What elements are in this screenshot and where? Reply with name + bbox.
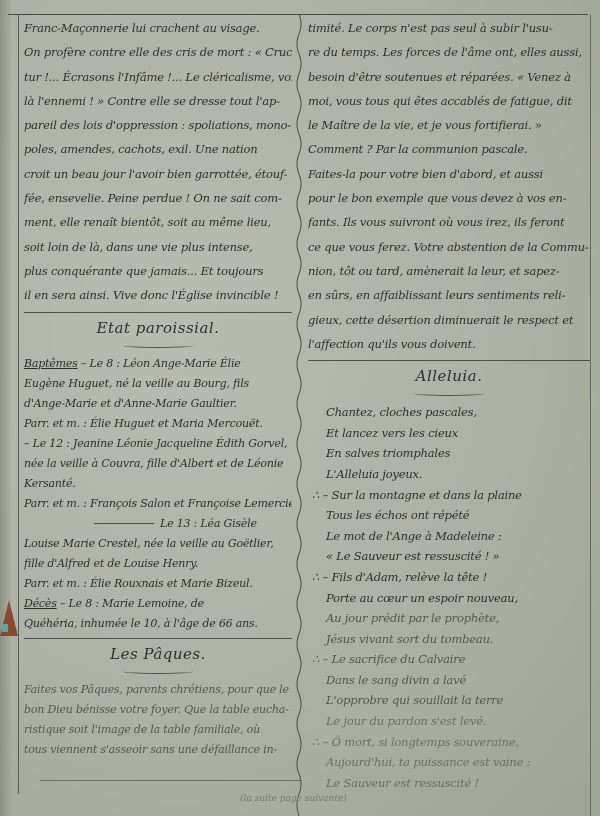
les-paques-heading: Les Pâques. bbox=[24, 639, 292, 669]
alleluia-heading: Alleluia. bbox=[308, 361, 590, 391]
heading-flourish bbox=[414, 391, 484, 396]
right-margin-line bbox=[590, 14, 591, 816]
register-line: Parr. et m. : François Salon et François… bbox=[24, 494, 292, 514]
register-line: Le 13 : Léa Gisèle bbox=[24, 514, 292, 534]
heading-flourish bbox=[123, 669, 193, 674]
left-intro-text: Franc-Maçonnerie lui crachent au visage.… bbox=[24, 16, 292, 308]
etat-paroissial-heading: Etat paroissial. bbox=[24, 313, 292, 343]
text-line: On profère contre elle des cris de mort … bbox=[24, 40, 292, 64]
text-line: plus conquérante que jamais... Et toujou… bbox=[24, 259, 292, 283]
left-margin-line bbox=[18, 14, 19, 794]
right-intro-text: timité. Le corps n'est pas seul à subir … bbox=[308, 16, 590, 356]
heading-flourish bbox=[123, 343, 193, 348]
poem-line: L'Alleluia joyeux. bbox=[308, 464, 590, 485]
register-text: – Le 8 : Léon Ange-Marie Élie bbox=[78, 357, 241, 370]
register-line: Louise Marie Crestel, née la veille au G… bbox=[24, 534, 292, 554]
text-line: Faites-la pour votre bien d'abord, et au… bbox=[308, 162, 590, 186]
text-line: gieux, cette désertion diminuerait le re… bbox=[308, 308, 590, 332]
text-line: l'affection qu'ils vous doivent. bbox=[308, 332, 590, 356]
footer-note: (la suite page suivante) bbox=[240, 794, 440, 804]
poem-line: Le Sauveur est ressuscité ! bbox=[308, 773, 590, 794]
text-line: timité. Le corps n'est pas seul à subir … bbox=[308, 16, 590, 40]
text-line: le Maître de la vie, et je vous fortifie… bbox=[308, 113, 590, 137]
poem-line: ∴ – Ô mort, si longtemps souveraine, bbox=[308, 732, 590, 753]
dash-leader bbox=[94, 523, 154, 524]
text-line: ment, elle renaît bientôt, soit au même … bbox=[24, 210, 292, 234]
poem-line: Le mot de l'Ange à Madeleine : bbox=[308, 526, 590, 547]
register-line: Quéhéria, inhumée le 10, à l'âge de 66 a… bbox=[24, 614, 292, 634]
poem-line: Le jour du pardon s'est levé. bbox=[308, 711, 590, 732]
poem-line: L'opprobre qui souillait la terre bbox=[308, 690, 590, 711]
poem-line: En salves triomphales bbox=[308, 443, 590, 464]
parish-register: Baptêmes – Le 8 : Léon Ange-Marie Élie E… bbox=[24, 354, 292, 634]
text-line: moi, vous tous qui êtes accablés de fati… bbox=[308, 89, 590, 113]
right-column: timité. Le corps n'est pas seul à subir … bbox=[308, 16, 590, 793]
column-divider-wavy bbox=[292, 14, 306, 816]
text-line: nion, tôt ou tard, amènerait la leur, et… bbox=[308, 259, 590, 283]
box-bottom-rule bbox=[40, 780, 302, 781]
register-line: Eugène Huguet, né la veille au Bourg, fi… bbox=[24, 374, 292, 394]
page-edge-shadow bbox=[0, 0, 12, 816]
poem-line: ∴ – Sur la montagne et dans la plaine bbox=[308, 485, 590, 506]
register-text: – Le 8 : Marie Lemoine, de bbox=[57, 597, 204, 610]
text-line: tur !... Écrasons l'Infâme !... Le cléri… bbox=[24, 65, 292, 89]
poem-line: Et lancez vers les cieux bbox=[308, 423, 590, 444]
text-line: pour le bon exemple que vous devez à vos… bbox=[308, 186, 590, 210]
poem-line: Jésus vivant sort du tombeau. bbox=[308, 629, 590, 650]
register-line: – Le 12 : Jeanine Léonie Jacqueline Édit… bbox=[24, 434, 292, 454]
text-line: bon Dieu bénisse votre foyer. Que la tab… bbox=[24, 700, 292, 720]
text-line: croit un beau jour l'avoir bien garrotté… bbox=[24, 162, 292, 186]
register-line: Kersanté. bbox=[24, 474, 292, 494]
alleluia-poem: Chantez, cloches pascales, Et lancez ver… bbox=[308, 402, 590, 793]
text-line: re du temps. Les forces de l'âme ont, el… bbox=[308, 40, 590, 64]
baptemes-label: Baptêmes bbox=[24, 357, 78, 370]
poem-line: Porte au cœur un espoir nouveau, bbox=[308, 588, 590, 609]
document-page: Franc-Maçonnerie lui crachent au visage.… bbox=[0, 0, 600, 816]
text-line: Franc-Maçonnerie lui crachent au visage. bbox=[24, 16, 292, 40]
register-line: Baptêmes – Le 8 : Léon Ange-Marie Élie bbox=[24, 354, 292, 374]
text-line: pareil des lois d'oppression : spoliatio… bbox=[24, 113, 292, 137]
poem-line: Au jour prédit par le prophète, bbox=[308, 608, 590, 629]
text-line: fants. Ils vous suivront où vous irez, i… bbox=[308, 210, 590, 234]
poem-line: « Le Sauveur est ressuscité ! » bbox=[308, 546, 590, 567]
text-line: poles, amendes, cachots, exil. Une natio… bbox=[24, 137, 292, 161]
register-text: Le 13 : Léa Gisèle bbox=[160, 517, 257, 530]
poem-line: Aujourd'hui, ta puissance est vaine : bbox=[308, 752, 590, 773]
poem-line: ∴ – Fils d'Adam, relève la tête ! bbox=[308, 567, 590, 588]
text-line: ristique soit l'image de la table famili… bbox=[24, 720, 292, 740]
text-line: Faites vos Pâques, parents chrétiens, po… bbox=[24, 680, 292, 700]
poem-line: Dans le sang divin a lavé bbox=[308, 670, 590, 691]
register-line: d'Ange-Marie et d'Anne-Marie Gaultier. bbox=[24, 394, 292, 414]
register-line: Décès – Le 8 : Marie Lemoine, de bbox=[24, 594, 292, 614]
text-line: Comment ? Par la communion pascale. bbox=[308, 137, 590, 161]
poem-line: Tous les échos ont répété bbox=[308, 505, 590, 526]
deces-label: Décès bbox=[24, 597, 57, 610]
text-line: fée, ensevelie. Peine perdue ! On ne sai… bbox=[24, 186, 292, 210]
text-line: tous viennent s'asseoir sans une défaill… bbox=[24, 740, 292, 760]
register-line: fille d'Alfred et de Louise Henry. bbox=[24, 554, 292, 574]
left-column: Franc-Maçonnerie lui crachent au visage.… bbox=[24, 16, 292, 760]
margin-object-detail bbox=[2, 624, 8, 632]
text-line: il en sera ainsi. Vive donc l'Église inv… bbox=[24, 283, 292, 307]
poem-line: ∴ – Le sacrifice du Calvaire bbox=[308, 649, 590, 670]
register-line: née la veille à Couvra, fille d'Albert e… bbox=[24, 454, 292, 474]
paques-text: Faites vos Pâques, parents chrétiens, po… bbox=[24, 680, 292, 760]
register-line: Parr. et m. : Élie Huguet et Maria Merco… bbox=[24, 414, 292, 434]
text-line: besoin d'être soutenues et réparées. « V… bbox=[308, 65, 590, 89]
text-line: en sûrs, en affaiblissant leurs sentimen… bbox=[308, 283, 590, 307]
text-line: là l'ennemi ! » Contre elle se dresse to… bbox=[24, 89, 292, 113]
poem-line: Chantez, cloches pascales, bbox=[308, 402, 590, 423]
register-line: Parr. et m. : Élie Rouxnais et Marie Biz… bbox=[24, 574, 292, 594]
text-line: ce que vous ferez. Votre abstention de l… bbox=[308, 235, 590, 259]
text-line: soit loin de là, dans une vie plus inten… bbox=[24, 235, 292, 259]
